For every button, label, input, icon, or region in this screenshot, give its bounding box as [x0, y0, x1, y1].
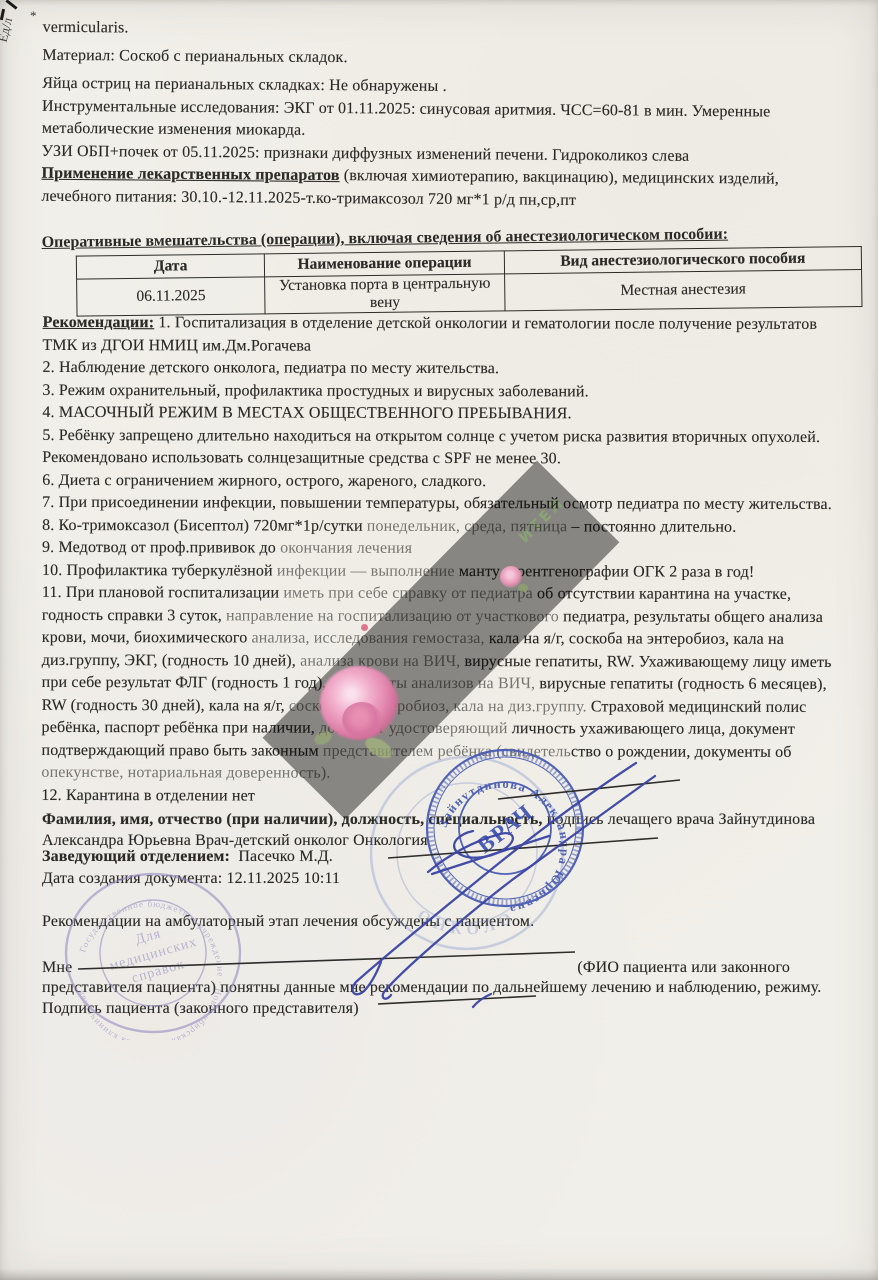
text-run: понедельник, среда, пятница — [367, 517, 567, 535]
text-run: об отсутствии карантина на участке, — [533, 585, 791, 603]
text-run: вирусные гепатиты (годность 6 месяцев), — [535, 675, 827, 693]
text-run: 3. Режим охранительный, профилактика про… — [42, 381, 588, 399]
document-line: RW (годность 30 дней), кала на я/г, соск… — [42, 694, 868, 719]
document-line: 11. При плановой госпитализации иметь пр… — [42, 582, 868, 607]
text-run: 8. Ко-тримоксазол (Бисептол) 720мг*1р/су… — [42, 516, 367, 534]
text-run: ребёнка, паспорт ребёнка при наличии, — [42, 719, 320, 737]
document-line: 3. Режим охранительный, профилактика про… — [42, 379, 868, 404]
text-run: представителя пациента) понятны данные м… — [42, 979, 821, 996]
text-run: инфекции — выполнение — [277, 562, 455, 579]
text-run: 4. МАСОЧНЫЙ РЕЖИМ В МЕСТАХ ОБЩЕСТВЕННОГО… — [42, 404, 571, 422]
text-run: Фамилия, имя, отчество (при наличии), до… — [42, 811, 543, 828]
text-run: 11. При плановой госпитализации — [42, 584, 283, 602]
text-run: иметь при себе справку от педиатра — [283, 585, 533, 603]
text-run: Заведующий отделением: — [42, 848, 230, 865]
text-run: лечебного питания: 30.10.-12.11.2025-т.к… — [41, 187, 576, 208]
table-cell-anesthesia: Местная анестезия — [504, 270, 862, 311]
document-line: 5. Ребёнку запрещено длительно находитьс… — [42, 424, 868, 449]
document-line: 6. Диета с ограничением жирного, острого… — [42, 469, 868, 494]
document-line: представителя пациента) понятны данные м… — [42, 977, 821, 1000]
text-run: подтверждающий право быть законным — [41, 741, 322, 759]
operations-table: Дата Наименование операции Вид анестезио… — [76, 246, 863, 317]
table-header-date: Дата — [76, 254, 265, 279]
text-run: представителем ребёнка (свидетель — [323, 742, 571, 760]
document-line: 9. Медотвод от проф.прививок до окончани… — [42, 537, 868, 562]
text-run: результаты анализов на ВИЧ, — [331, 675, 535, 693]
text-run: 5. Ребёнку запрещено длительно находитьс… — [42, 426, 820, 445]
text-run: диз.группу, ЭКГ, (годность 10 дней), — [42, 651, 300, 669]
text-run: 9. Медотвод от проф.прививок до — [42, 539, 280, 557]
document-line: диз.группу, ЭКГ, (годность 10 дней), ана… — [42, 649, 868, 674]
document-line: крови, мочи, биохимического анализа, исс… — [42, 627, 868, 652]
document-line: Фамилия, имя, отчество (при наличии), до… — [42, 809, 815, 832]
text-run: Рекомендовано использовать солнцезащитны… — [42, 449, 561, 467]
text-run: 2. Наблюдение детского онколога, педиатр… — [42, 359, 499, 377]
text-run: подпись лечащего врача Зайнутдинова — [543, 811, 816, 828]
text-run: Яйца остриц на перианальных складках: Не… — [42, 75, 447, 95]
text-run: анализа, исследования гемостаза, — [252, 629, 485, 647]
text-run: vermicularis. — [43, 19, 129, 37]
document-line: vermicularis. — [43, 17, 869, 46]
operations-section: Оперативные вмешательства (операции), вк… — [42, 221, 869, 317]
document-line: 8. Ко-тримоксазол (Бисептол) 720мг*1р/су… — [42, 514, 868, 539]
text-run: метаболические изменения миокарда. — [42, 120, 306, 139]
text-run: направление на госпитализацию от участко… — [226, 607, 559, 625]
text-run: Рекомендации на амбулаторный этап лечени… — [42, 913, 534, 930]
text-run: документ удостоверяющий — [319, 720, 507, 737]
text-run: Пасечко М.Д. — [230, 848, 333, 865]
text-run: анализа крови на ВИЧ, — [300, 652, 460, 669]
table-cell-operation: Установка порта в центральную вену — [265, 274, 505, 314]
text-run: годность справки 3 суток, — [42, 606, 226, 623]
text-run: ство о рождении, документы об — [571, 743, 792, 761]
recommendations-section: Рекомендации: 1. Госпитализация в отделе… — [41, 312, 868, 809]
cut-off-text-fragment: Ед/л — [0, 16, 16, 44]
text-run: Мне — [42, 959, 72, 976]
text-run: опекунстве, нотариальная доверенность). — [41, 764, 330, 782]
document-line: годность справки 3 суток, направление на… — [42, 604, 868, 629]
text-run: 7. При присоединении инфекции, повышении… — [42, 494, 832, 513]
text-run: окончания лечения — [280, 540, 412, 557]
text-run: Страховой медицинский полис — [587, 698, 807, 716]
text-run: УЗИ ОБП+почек от 05.11.2025: признаки ди… — [42, 142, 690, 164]
text-run: (ФИО пациента или законного — [577, 959, 790, 976]
document-line: Рекомендовано использовать солнцезащитны… — [42, 447, 868, 472]
text-run: 10. Профилактика туберкулёзной — [42, 561, 277, 579]
document-line: Материал: Соскоб с перианальных складок. — [42, 45, 868, 74]
text-run: – постоянно длительно. — [567, 518, 736, 535]
asterisk-mark: * — [30, 8, 37, 24]
clinical-findings-section: vermicularis.Материал: Соскоб с перианал… — [41, 17, 868, 214]
text-run: Материал: Соскоб с перианальных складок. — [42, 47, 347, 66]
signature-section: Фамилия, имя, отчество (при наличии), до… — [42, 806, 868, 1066]
text-run: крови, мочи, биохимического — [42, 629, 252, 647]
document-line: ТМК из ДГОИ НМИЦ им.Дм.Рогачева — [43, 334, 869, 359]
document-line: ребёнка, паспорт ребёнка при наличии, до… — [42, 717, 868, 742]
document-line: подтверждающий право быть законным предс… — [41, 739, 867, 764]
text-run: педиатра, результаты общего анализа — [559, 608, 823, 626]
text-run: кала на я/г, соскоба на энтеробиоз, кала… — [485, 630, 784, 648]
document-line: опекунстве, нотариальная доверенность). — [41, 762, 867, 787]
text-run: RW (годность 30 дней), кала на я/г, — [42, 696, 289, 714]
text-run: вирусные гепатиты, RW. Ухаживающему лицу… — [460, 653, 831, 671]
text-run: 1. Госпитализация в отделение детской он… — [154, 314, 817, 333]
document-line: 10. Профилактика туберкулёзной инфекции … — [42, 559, 868, 584]
document-line: Рекомендации на амбулаторный этап лечени… — [42, 911, 534, 934]
text-run: Применение лекарственных препаратов — [41, 165, 339, 184]
text-run: 6. Диета с ограничением жирного, острого… — [42, 471, 486, 489]
text-run: личность ухаживающего лица, документ — [508, 720, 796, 738]
text-run: 12. Карантина в отделении нет — [41, 786, 255, 804]
table-header-operation: Наименование операции — [265, 251, 505, 277]
scan-edge-mark — [5, 0, 17, 10]
document-line: Заведующий отделением: Пасечко М.Д. — [42, 846, 333, 869]
document-line: 2. Наблюдение детского онколога, педиатр… — [42, 357, 868, 382]
document-line: Дата создания документа: 12.11.2025 10:1… — [42, 868, 340, 891]
document-line: Подпись пациента (законного представител… — [42, 998, 363, 1021]
text-run: манту и рентгенографии ОГК 2 раза в год! — [455, 562, 755, 580]
scan-bottom-edge — [0, 1268, 878, 1280]
document-line: 4. МАСОЧНЫЙ РЕЖИМ В МЕСТАХ ОБЩЕСТВЕННОГО… — [42, 402, 868, 427]
text-run: ТМК из ДГОИ НМИЦ им.Дм.Рогачева — [43, 336, 312, 354]
scanned-medical-document: Ед/л * vermicularis.Материал: Соскоб с п… — [0, 0, 878, 1280]
text-run: Дата создания документа: 12.11.2025 10:1… — [42, 870, 340, 887]
text-run: (включая химиотерапию, вакцинацию), меди… — [340, 167, 779, 187]
table-cell-date: 06.11.2025 — [77, 277, 266, 316]
document-line: Рекомендации: 1. Госпитализация в отделе… — [43, 312, 869, 337]
text-run: Инструментальные исследования: ЭКГ от 01… — [42, 97, 771, 120]
document-line: при себе результат ФЛГ (годность 1 год),… — [42, 672, 868, 697]
text-run: Рекомендации: — [43, 314, 155, 331]
text-run: соскоба на энтеробиоз, кала на диз.групп… — [289, 697, 587, 715]
text-run: при себе результат ФЛГ (годность 1 год), — [42, 674, 331, 692]
document-line: 7. При присоединении инфекции, повышении… — [42, 492, 868, 517]
text-run: Подпись пациента (законного представител… — [42, 1000, 363, 1017]
